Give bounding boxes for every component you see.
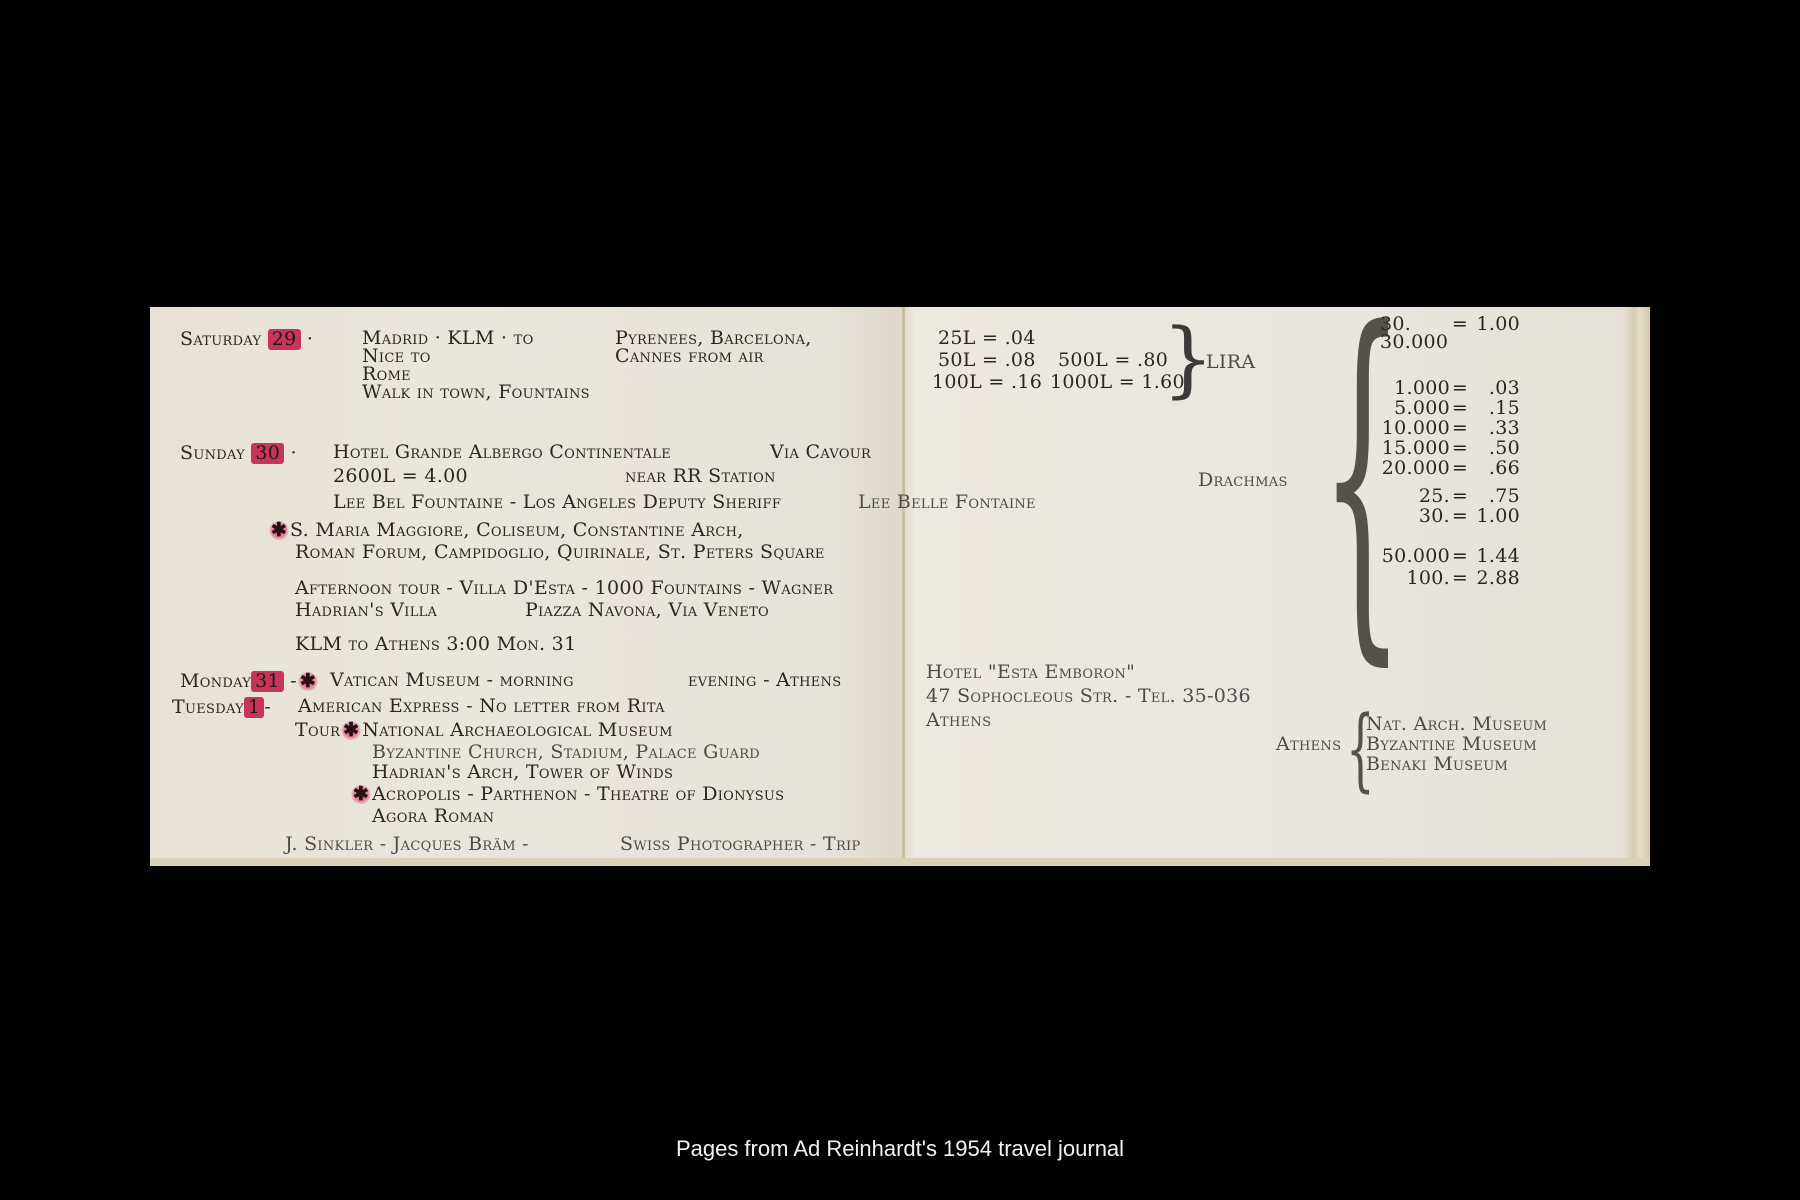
star-icon: ✱ <box>297 672 319 691</box>
book-spine <box>902 307 905 866</box>
drachmas-label: Drachmas <box>1198 471 1288 490</box>
mon-line: Vatican Museum - morning <box>330 671 574 690</box>
drachma-row: 25.=.75 <box>1380 487 1520 506</box>
sun-hotel: Hotel Grande Albergo Continentale <box>333 443 671 462</box>
star-icon: ✱ <box>340 721 362 740</box>
lira-row-3: 100L = .16 <box>932 373 1042 392</box>
lira-row-4: 500L = .80 <box>1058 351 1168 370</box>
image-caption: Pages from Ad Reinhardt's 1954 travel jo… <box>0 1136 1800 1162</box>
drachma-row: 5.000=.15 <box>1380 399 1520 418</box>
drachma-row: 10.000=.33 <box>1380 419 1520 438</box>
tue-tour-4: ✱Acropolis - Parthenon - Theatre of Dion… <box>350 785 784 804</box>
page-edge <box>1624 307 1650 866</box>
sun-flight: KLM to Athens 3:00 Mon. 31 <box>295 635 576 654</box>
tue-line: American Express - No letter from Rita <box>298 697 665 716</box>
tue-tour-2: Byzantine Church, Stadium, Palace Guard <box>372 743 760 762</box>
sat-side-2: Cannes from air <box>615 347 764 366</box>
sun-hotel-street: Via Cavour <box>770 443 871 462</box>
star-icon: ✱ <box>268 521 290 540</box>
drachma-row: 1.000=.03 <box>1380 379 1520 398</box>
drachma-row: 100.=2.88 <box>1380 569 1520 588</box>
sun-afternoon-2b: Piazza Navona, Via Veneto <box>525 601 769 620</box>
date-badge-29: 29 <box>268 329 301 350</box>
sun-sights-1: ✱S. Maria Maggiore, Coliseum, Constantin… <box>268 521 744 540</box>
tue-note-b: Swiss Photographer - Trip <box>620 835 861 854</box>
sun-sights-2: Roman Forum, Campidoglio, Quirinale, St.… <box>295 543 825 562</box>
tue-tour-5: Agora Roman <box>372 807 494 826</box>
date-badge-30: 30 <box>251 443 284 464</box>
page-bottom-edge <box>150 858 1650 866</box>
mon-evening: evening - Athens <box>688 671 841 690</box>
drachma-row: 20.000=.66 <box>1380 459 1520 478</box>
drachma-row: 50.000=1.44 <box>1380 547 1520 566</box>
journal-spread: Saturday 29 · Madrid · KLM · to Nice to … <box>150 307 1650 866</box>
day-tuesday: Tuesday1- <box>172 697 271 718</box>
lira-label: LIRA <box>1206 353 1255 372</box>
day-sunday: Sunday 30 · <box>180 443 297 464</box>
sun-afternoon-2a: Hadrian's Villa <box>295 601 437 620</box>
day-saturday: Saturday 29 · <box>180 329 313 350</box>
tue-tour: Tour✱National Archaeological Museum <box>295 721 673 740</box>
drachma-row: 30.=1.00 <box>1380 507 1520 526</box>
athens-museums-label: Athens <box>1276 735 1341 754</box>
lira-row-2: 50L = .08 <box>938 351 1036 370</box>
drachma-row: 30.000 <box>1380 333 1520 352</box>
sun-afternoon-1: Afternoon tour - Villa D'Esta - 1000 Fou… <box>295 579 833 598</box>
lira-row-1: 25L = .04 <box>938 329 1036 348</box>
date-badge-1: 1 <box>244 697 264 718</box>
lee-belle-fontaine: Lee Belle Fontaine <box>858 493 1036 512</box>
tue-tour-3: Hadrian's Arch, Tower of Winds <box>372 763 673 782</box>
date-badge-31: 31 <box>251 671 284 692</box>
sun-near: near RR Station <box>625 467 776 486</box>
sun-lee: Lee Bel Fountaine - Los Angeles Deputy S… <box>333 493 781 512</box>
sun-rate: 2600L = 4.00 <box>333 467 468 486</box>
day-monday: Monday31 -✱ <box>180 671 319 692</box>
drachma-row: 15.000=.50 <box>1380 439 1520 458</box>
athens-hotel-city: Athens <box>926 711 991 730</box>
museum-2: Byzantine Museum <box>1366 735 1537 754</box>
museum-3: Benaki Museum <box>1366 755 1508 774</box>
sat-line-4: Walk in town, Fountains <box>362 383 590 402</box>
museum-1: Nat. Arch. Museum <box>1366 715 1547 734</box>
tue-note-a: J. Sinkler - Jacques Bräm - <box>285 835 529 854</box>
athens-hotel-address: 47 Sophocleous Str. - Tel. 35-036 <box>926 687 1251 706</box>
star-icon: ✱ <box>350 785 372 804</box>
athens-hotel-name: Hotel "Esta Emboron" <box>926 663 1135 682</box>
